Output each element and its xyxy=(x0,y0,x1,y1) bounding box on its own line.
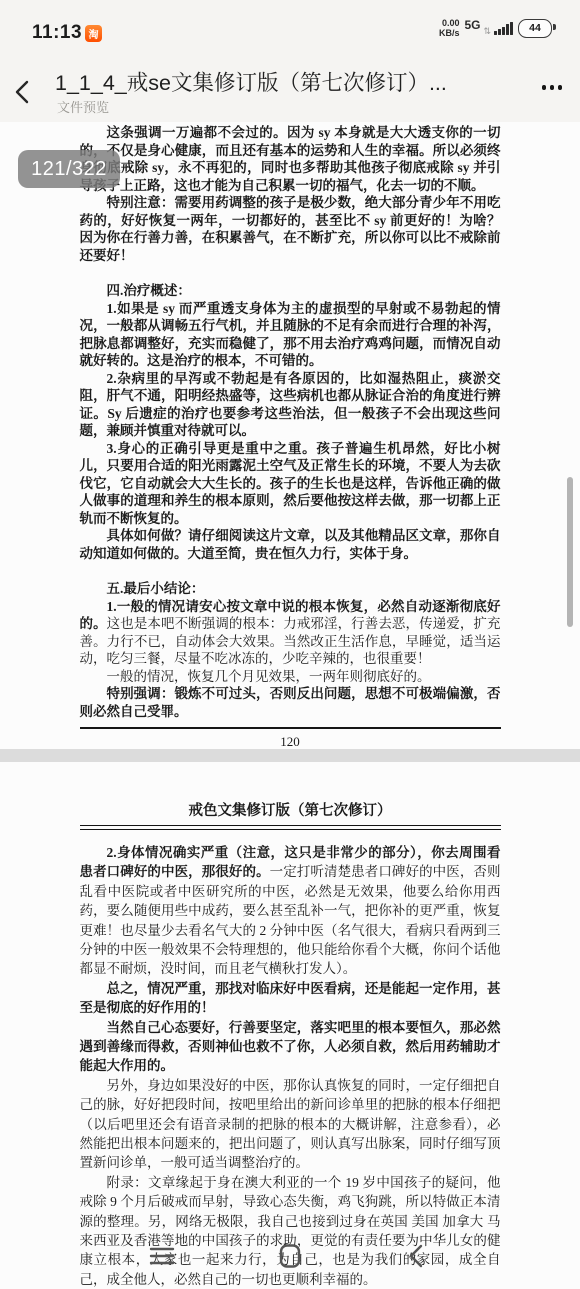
network-speed-label: 0.00 KB/s xyxy=(439,18,460,38)
text-segment: 这也是本吧不断强调的根本：力戒邪淫，行善去恶，传递爱，扩充善。力行不已，自动体会… xyxy=(80,616,501,666)
double-rule xyxy=(80,825,501,830)
text-segment: 具体如何做？请仔细阅读这片文章，以及其他精品区文章，那你自动知道如何做的。大道至… xyxy=(80,528,501,561)
page-2-content: 戒色文集修订版（第七次修订） 2.身体情况确实严重（注意，这只是非常少的部分），… xyxy=(80,802,501,1289)
nav-menu-button[interactable] xyxy=(147,1243,177,1269)
doc-paragraph: 1.如果是 sy 而严重透支身体为主的虚损型的早射或不易勃起的情况，一般都从调畅… xyxy=(80,300,501,370)
doc-paragraph: 当然自己心态要好，行善要坚定，落实吧里的根本要恒久，那必然遇到善缘而得救，否则神… xyxy=(80,1018,501,1076)
doc-paragraph: 2.身体情况确实严重（注意，这只是非常少的部分），你去周围看患者口碑好的中医，那… xyxy=(80,843,501,979)
text-segment: 当然自己心态要好，行善要坚定，落实吧里的根本要恒久，那必然遇到善缘而得救，否则神… xyxy=(80,1020,501,1074)
page-indicator-pill: 121/322 xyxy=(18,150,120,188)
page-1: 这条强调一万遍都不会过的。因为 sy 本身就是大大透支你的一切的，不仅是身心健康… xyxy=(0,122,580,749)
text-segment: 3.身心的正确引导更是重中之重。孩子普遍生机昂然，好比小树儿，只要用合适的阳光雨… xyxy=(80,441,501,526)
doc-paragraph: 总之，情况严重，那找对临床好中医看病，还是能起一定作用，甚至是彻底的好作用的！ xyxy=(80,979,501,1018)
page-number: 120 xyxy=(80,733,501,751)
text-segment: 五.最后小结论： xyxy=(107,581,205,596)
divider-rule xyxy=(80,727,501,729)
doc-paragraph: 特别强调：锻炼不可过头，否则反出问题，思想不可极端偏激，否则必然自己受罪。 xyxy=(80,685,501,720)
page-separator xyxy=(0,749,580,762)
status-bar: 11:13 淘 0.00 KB/s 5G ⇅ 44 xyxy=(0,0,580,55)
doc-paragraph: 3.身心的正确引导更是重中之重。孩子普遍生机昂然，好比小树儿，只要用合适的阳光雨… xyxy=(80,440,501,528)
text-segment: 一般的情况，恢复几个月见效果，一两年则彻底好的。 xyxy=(107,669,431,684)
text-segment: 四.治疗概述： xyxy=(107,283,191,298)
nav-bar xyxy=(0,1219,580,1289)
network-speed-value: 0.00 xyxy=(442,18,460,28)
text-segment: 特别注意：需要用药调整的孩子是极少数，绝大部分青少年不用吃药的，好好恢复一两年，… xyxy=(80,195,501,263)
text-segment: 1.如果是 sy 而严重透支身体为主的虚损型的早射或不易勃起的情况，一般都从调畅… xyxy=(80,301,501,369)
doc-paragraph: 另外，身边如果没好的中医，那你认真恢复的同时，一定仔细把自己的脉，好好把段时间，… xyxy=(80,1076,501,1173)
chevron-left-icon xyxy=(8,77,38,107)
dot-icon xyxy=(558,85,563,90)
document-title: 1_1_4_戒se文集修订版（第七次修订）... xyxy=(55,66,515,97)
data-activity-icon: ⇅ xyxy=(483,26,491,37)
scrollbar-thumb[interactable] xyxy=(567,477,573,627)
doc-paragraph: 特别注意：需要用药调整的孩子是极少数，绝大部分青少年不用吃药的，好好恢复一两年，… xyxy=(80,194,501,264)
battery-indicator: 44 xyxy=(518,19,552,38)
doc-paragraph: 2.杂病里的早泻或不勃起是有各原因的，比如湿热阻止，痰淤交阻，肝气不通，阳明经热… xyxy=(80,370,501,440)
doc-paragraph: 一般的情况，恢复几个月见效果，一两年则彻底好的。 xyxy=(80,668,501,686)
app-bar: 1_1_4_戒se文集修订版（第七次修订）... 文件预览 xyxy=(0,55,580,123)
text-segment: 120 xyxy=(280,734,300,749)
doc-paragraph: 1.一般的情况请安心按文章中说的根本恢复，必然自动逐渐彻底好的。这也是本吧不断强… xyxy=(80,598,501,668)
doc-paragraph: 这条强调一万遍都不会过的。因为 sy 本身就是大大透支你的一切的，不仅是身心健康… xyxy=(80,124,501,194)
taobao-notification-icon: 淘 xyxy=(85,25,102,42)
back-button[interactable] xyxy=(8,77,38,107)
network-type-label: 5G xyxy=(464,18,480,32)
page-2: 戒色文集修订版（第七次修订） 2.身体情况确实严重（注意，这只是非常少的部分），… xyxy=(0,762,580,1289)
nav-home-button[interactable] xyxy=(275,1243,305,1269)
page-1-content: 这条强调一万遍都不会过的。因为 sy 本身就是大大透支你的一切的，不仅是身心健康… xyxy=(80,124,501,751)
dot-icon xyxy=(550,85,555,90)
document-viewport[interactable]: 这条强调一万遍都不会过的。因为 sy 本身就是大大透支你的一切的，不仅是身心健康… xyxy=(0,122,580,1289)
section-heading: 五.最后小结论： xyxy=(80,580,501,598)
text-segment: 另外，身边如果没好的中医，那你认真恢复的同时，一定仔细把自己的脉，好好把段时间，… xyxy=(80,1078,501,1171)
signal-strength-icon xyxy=(494,22,513,35)
preview-subtitle: 文件预览 xyxy=(57,97,109,116)
menu-icon xyxy=(147,1243,177,1269)
back-chevron-icon xyxy=(403,1243,433,1269)
home-icon xyxy=(275,1243,305,1269)
text-segment: 这条强调一万遍都不会过的。因为 sy 本身就是大大透支你的一切的，不仅是身心健康… xyxy=(80,125,501,193)
doc-paragraph: 具体如何做？请仔细阅读这片文章，以及其他精品区文章，那你自动知道如何做的。大道至… xyxy=(80,527,501,562)
text-segment: 一定打听清楚患者口碑好的中医，否则乱看中医院或者中医研究所的中医，必然是无效果，… xyxy=(80,864,501,976)
text-segment: 2.杂病里的早泻或不勃起是有各原因的，比如湿热阻止，痰淤交阻，肝气不通，阳明经热… xyxy=(80,371,501,439)
overflow-menu-button[interactable] xyxy=(542,85,563,90)
dot-icon xyxy=(542,85,547,90)
network-speed-unit: KB/s xyxy=(439,28,460,38)
status-indicators: 0.00 KB/s 5G ⇅ 44 xyxy=(439,18,552,38)
section-heading: 四.治疗概述： xyxy=(80,282,501,300)
text-segment: 总之，情况严重，那找对临床好中医看病，还是能起一定作用，甚至是彻底的好作用的！ xyxy=(80,981,501,1015)
page-header: 戒色文集修订版（第七次修订） xyxy=(80,802,501,821)
text-segment: 特别强调：锻炼不可过头，否则反出问题，思想不可极端偏激，否则必然自己受罪。 xyxy=(80,686,501,719)
clock-label: 11:13 xyxy=(32,22,82,44)
nav-back-button[interactable] xyxy=(403,1243,433,1269)
